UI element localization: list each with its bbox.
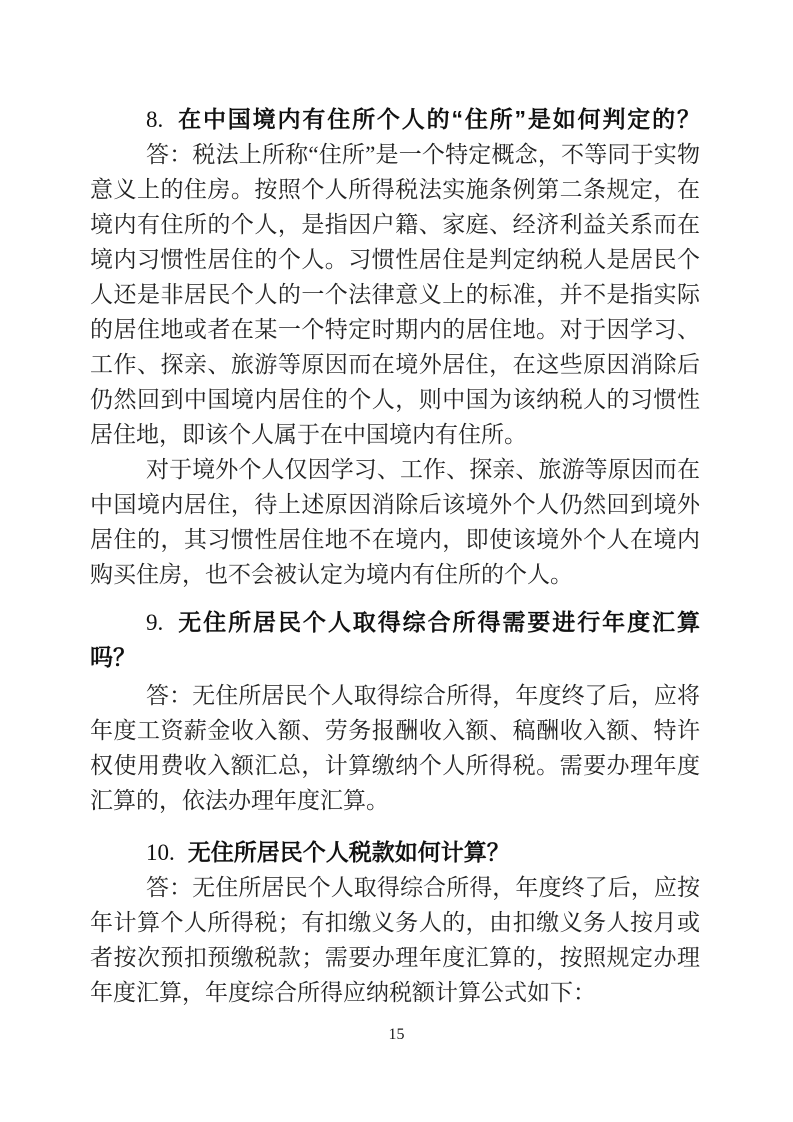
page-content: 8.在中国境内有住所个人的“住所”是如何判定的？ 答：税法上所称“住所”是一个特… [90,102,700,1010]
question-9-number: 9. [146,610,163,635]
page-number: 15 [0,1026,793,1044]
question-8-title: 在中国境内有住所个人的“住所”是如何判定的？ [176,106,700,132]
question-9-heading-line-2: 吗？ [90,640,700,675]
question-10-title: 无住所居民个人税款如何计算？ [188,839,510,865]
question-9-answer-paragraph-1: 答：无住所居民个人取得综合所得，年度终了后，应将年度工资薪金收入额、劳务报酬收入… [90,678,700,818]
question-10-answer-paragraph-1: 答：无住所居民个人取得综合所得，年度终了后，应按年计算个人所得税；有扣缴义务人的… [90,870,700,1010]
question-9-heading-line-1: 9.无住所居民个人取得综合所得需要进行年度汇算 [90,605,700,640]
question-8-answer-paragraph-1: 答：税法上所称“住所”是一个特定概念，不等同于实物意义上的住房。按照个人所得税法… [90,137,700,452]
document-page: 8.在中国境内有住所个人的“住所”是如何判定的？ 答：税法上所称“住所”是一个特… [0,0,793,1122]
question-9-title-line-1: 无住所居民个人取得综合所得需要进行年度汇算 [176,609,700,635]
question-10-heading: 10.无住所居民个人税款如何计算？ [90,835,700,870]
question-10-number: 10. [146,840,175,865]
question-8-answer-paragraph-2: 对于境外个人仅因学习、工作、探亲、旅游等原因而在中国境内居住，待上述原因消除后该… [90,452,700,592]
question-8-number: 8. [146,107,163,132]
question-8-heading: 8.在中国境内有住所个人的“住所”是如何判定的？ [90,102,700,137]
